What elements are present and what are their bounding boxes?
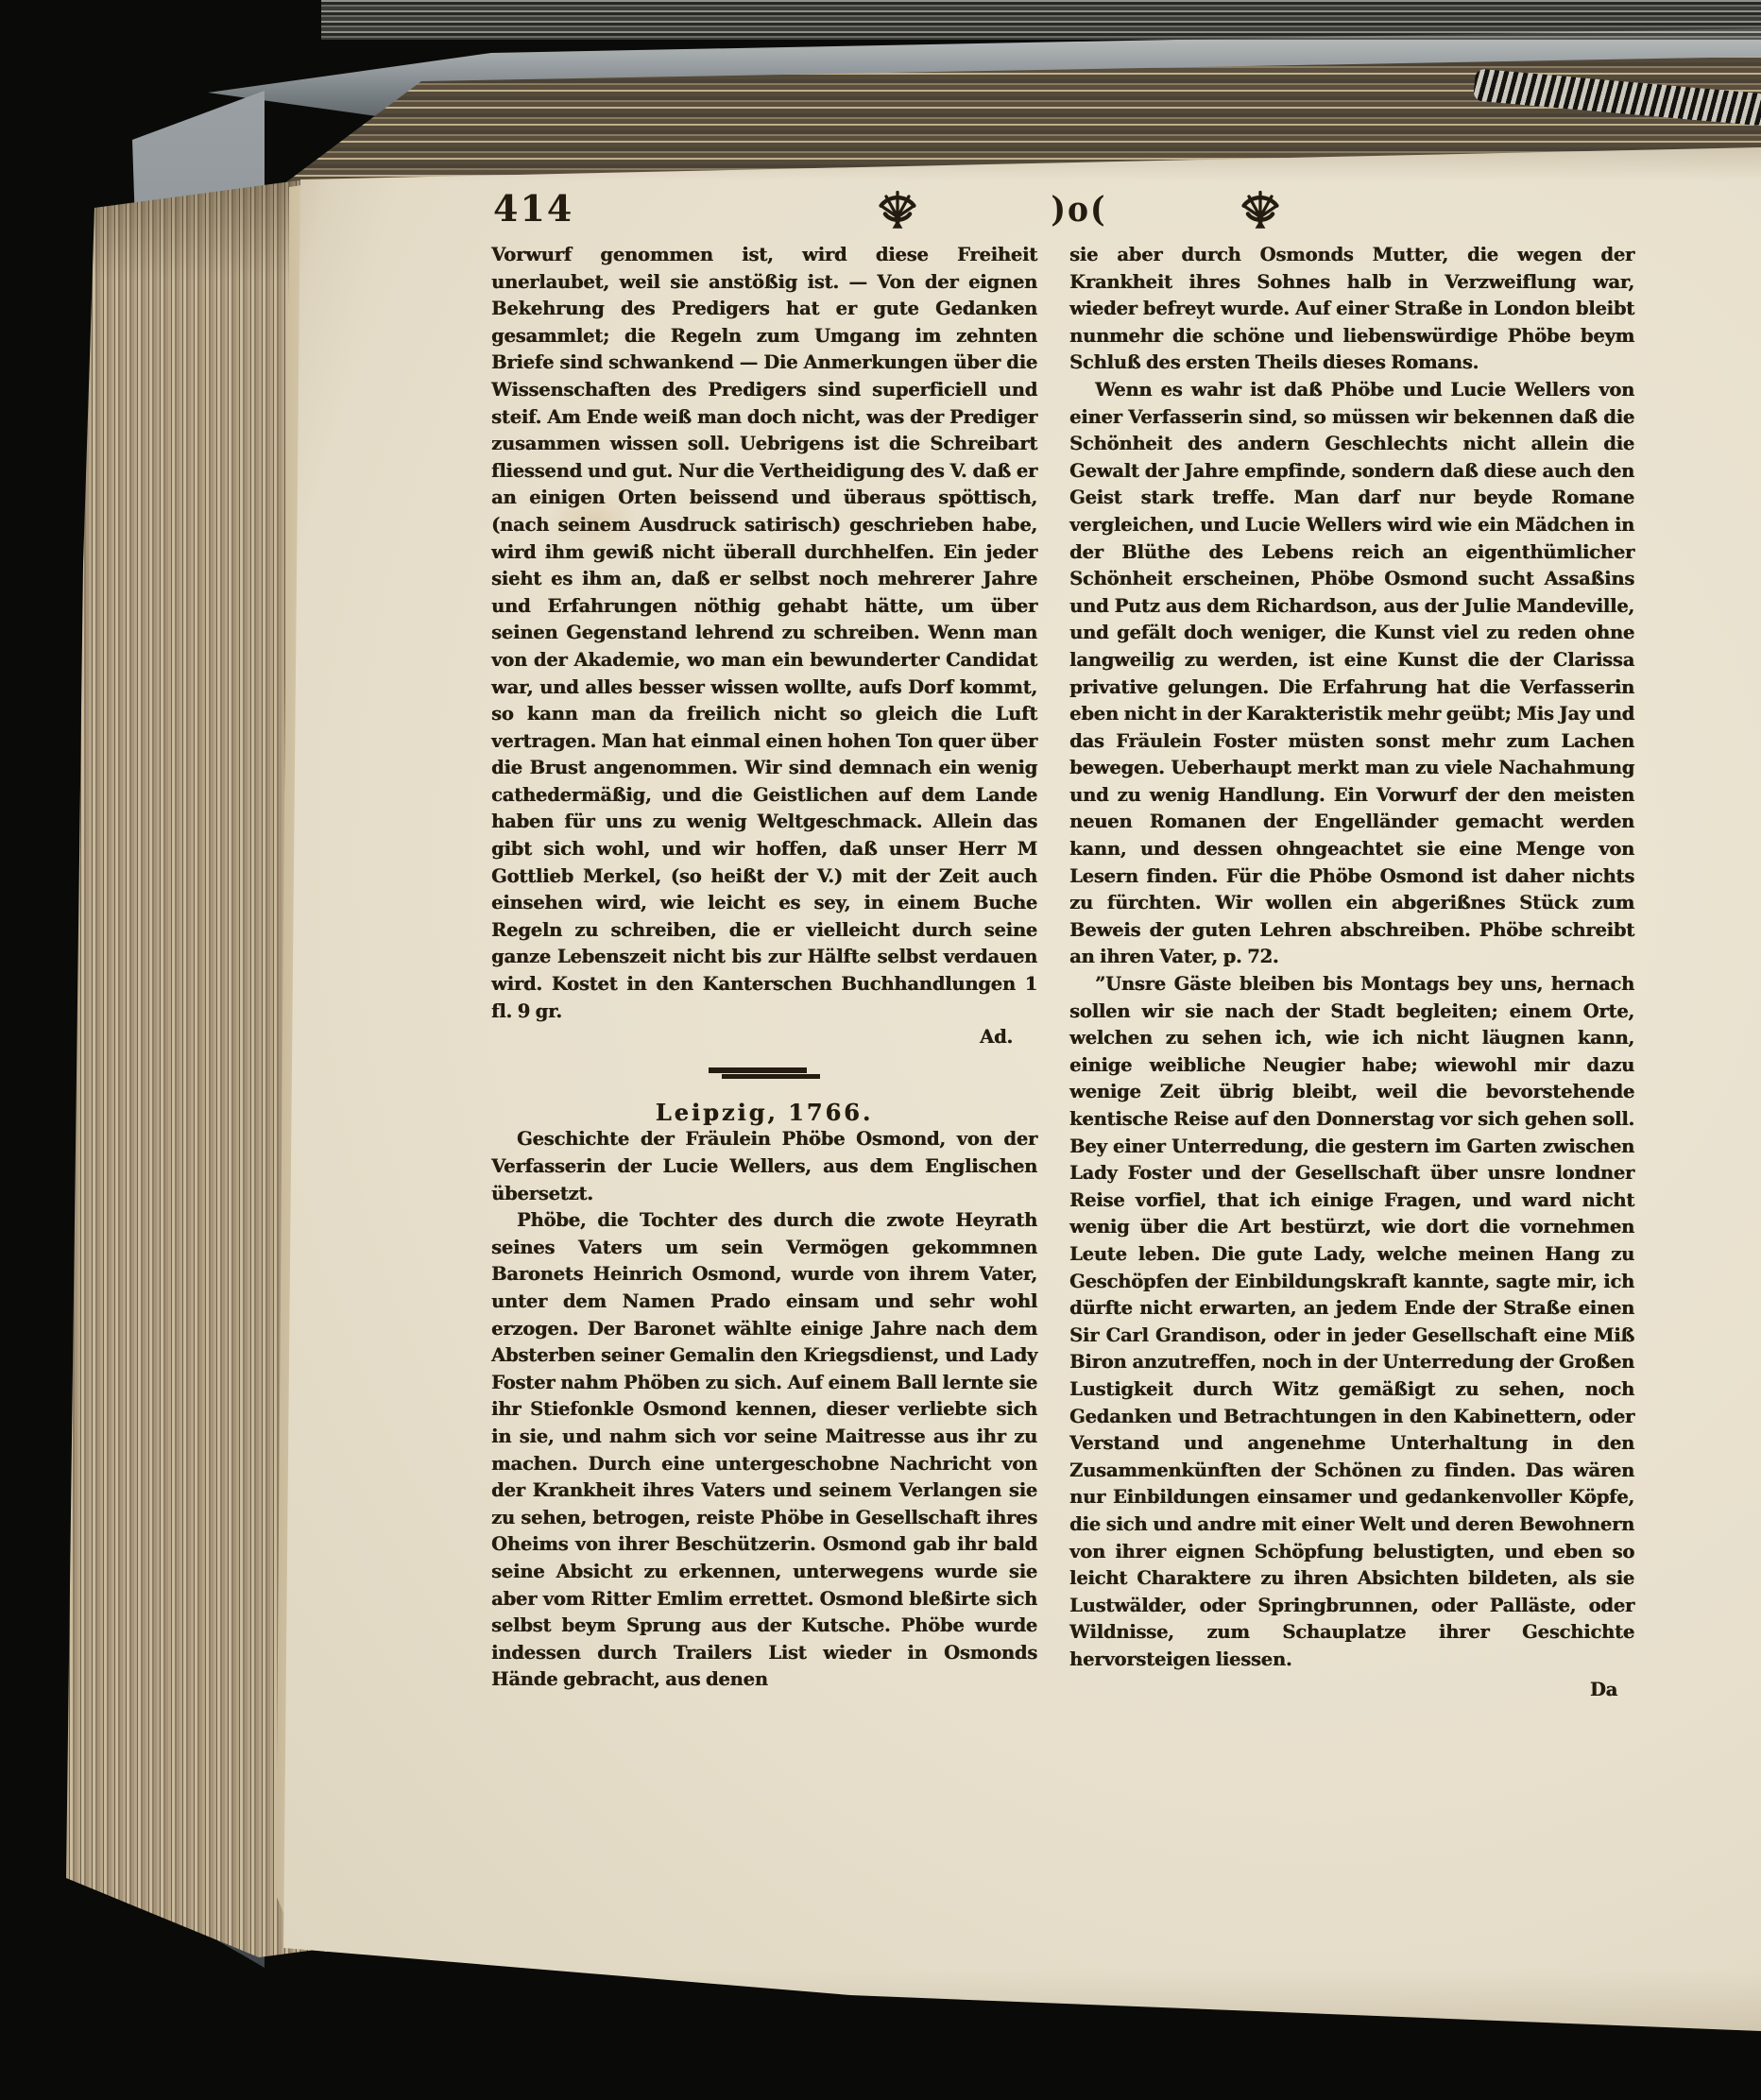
- review-continuation-paragraph: Vorwurf genommen ist, wird diese Freihei…: [491, 242, 1037, 1025]
- page-header: )o(: [877, 181, 1281, 236]
- book-title-paragraph: Geschichte der Fräulein Phöbe Osmond, vo…: [491, 1126, 1037, 1207]
- text-column-left: Vorwurf genommen ist, wird diese Freihei…: [491, 242, 1037, 1694]
- review-paragraph: sie aber durch Osmonds Mutter, die wegen…: [1069, 242, 1634, 377]
- section-heading: Leipzig, 1766.: [491, 1100, 1037, 1127]
- header-signature-mark: )o(: [1051, 189, 1106, 230]
- review-paragraph: Wenn es wahr ist daß Phöbe und Lucie Wel…: [1069, 377, 1634, 971]
- page-number: 414: [493, 187, 573, 230]
- divider-bar: [709, 1067, 807, 1073]
- shell-fleuron-icon: [1240, 186, 1281, 231]
- shell-fleuron-icon: [877, 186, 918, 231]
- reviewer-signature: Ad.: [491, 1024, 1037, 1051]
- review-paragraph: Phöbe, die Tochter des durch die zwote H…: [491, 1207, 1037, 1694]
- quoted-letter-paragraph: ”Unsre Gäste bleiben bis Montags bey uns…: [1069, 971, 1634, 1673]
- catchword: Da: [1069, 1677, 1634, 1704]
- section-divider-rule: [709, 1067, 820, 1081]
- printed-page-content: 414 )o( Vorwurf genomme: [0, 0, 1761, 2100]
- divider-bar: [722, 1074, 820, 1079]
- text-column-right: sie aber durch Osmonds Mutter, die wegen…: [1069, 242, 1634, 1704]
- book-photograph: 414 )o( Vorwurf genomme: [0, 0, 1761, 2100]
